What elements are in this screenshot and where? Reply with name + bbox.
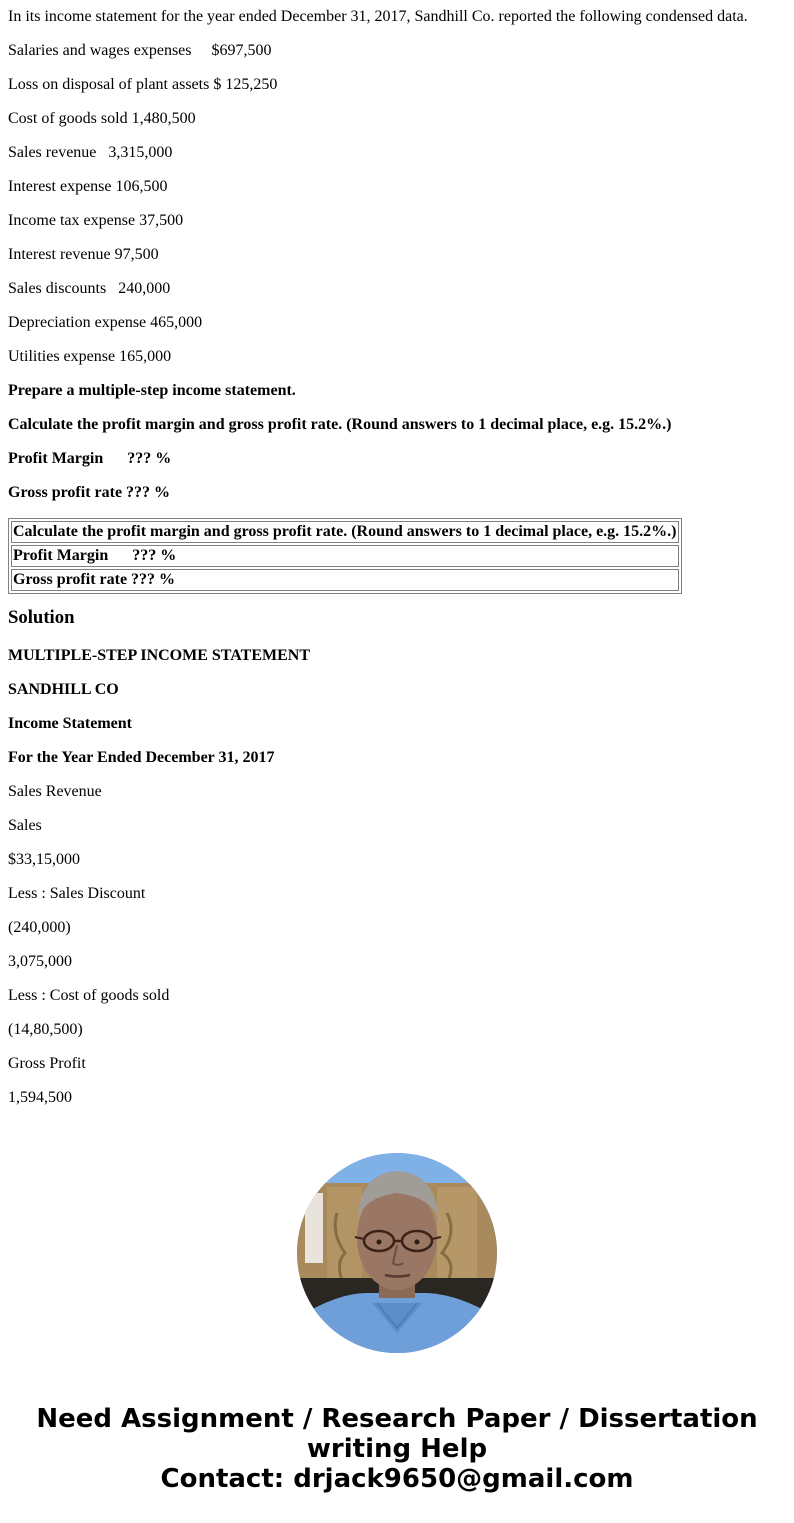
table-row: Gross profit rate ??? %: [11, 569, 679, 591]
data-item-label: Interest revenue: [8, 246, 115, 263]
promo-line-1: Need Assignment / Research Paper / Disse…: [0, 1404, 794, 1434]
data-item-sales-revenue: Sales revenue 3,315,000: [8, 144, 172, 162]
person-photo-icon: [297, 1153, 497, 1353]
data-item-label: Interest expense: [8, 178, 116, 195]
contact-banner: Need Assignment / Research Paper / Disse…: [0, 1404, 794, 1494]
data-item-cogs: Cost of goods sold 1,480,500: [8, 110, 196, 128]
statement-line: Sales: [8, 817, 42, 835]
solution-title: MULTIPLE-STEP INCOME STATEMENT: [8, 647, 310, 665]
data-item-label: Loss on disposal of plant assets: [8, 76, 213, 93]
solution-company: SANDHILL CO: [8, 681, 119, 699]
data-item-sales-discounts: Sales discounts 240,000: [8, 280, 170, 298]
data-item-label: Utilities expense: [8, 348, 119, 365]
statement-line: Less : Cost of goods sold: [8, 987, 169, 1005]
data-item-value: $697,500: [212, 42, 272, 59]
data-item-value: 1,480,500: [132, 110, 196, 127]
data-item-salaries: Salaries and wages expenses $697,500: [8, 42, 272, 60]
table-cell: Profit Margin ??? %: [11, 545, 679, 567]
data-item-loss-on-disposal: Loss on disposal of plant assets $ 125,2…: [8, 76, 277, 94]
solution-period: For the Year Ended December 31, 2017: [8, 749, 274, 767]
data-item-utilities: Utilities expense 165,000: [8, 348, 171, 366]
solution-statement-name: Income Statement: [8, 715, 132, 733]
statement-line: $33,15,000: [8, 851, 80, 869]
table-cell: Calculate the profit margin and gross pr…: [11, 521, 679, 543]
statement-line: (240,000): [8, 919, 71, 937]
data-item-label: Sales discounts: [8, 280, 118, 297]
data-item-label: Sales revenue: [8, 144, 108, 161]
solution-heading: Solution: [8, 607, 74, 628]
table-row: Profit Margin ??? %: [11, 545, 679, 567]
statement-line: Sales Revenue: [8, 783, 102, 801]
data-item-income-tax: Income tax expense 37,500: [8, 212, 183, 230]
data-item-value: 97,500: [115, 246, 159, 263]
promo-line-2: writing Help: [0, 1434, 794, 1464]
data-item-interest-expense: Interest expense 106,500: [8, 178, 168, 196]
profit-margin-line: Profit Margin ??? %: [8, 450, 171, 468]
question-table: Calculate the profit margin and gross pr…: [8, 518, 682, 594]
data-item-value: 37,500: [139, 212, 183, 229]
statement-line: 1,594,500: [8, 1089, 72, 1107]
statement-line: Gross Profit: [8, 1055, 86, 1073]
instruction-prepare: Prepare a multiple-step income statement…: [8, 382, 296, 400]
data-item-label: Salaries and wages expenses: [8, 42, 212, 59]
data-item-value: 165,000: [119, 348, 171, 365]
data-item-value: $ 125,250: [213, 76, 277, 93]
statement-line: Less : Sales Discount: [8, 885, 145, 903]
data-item-label: Income tax expense: [8, 212, 139, 229]
data-item-value: 465,000: [150, 314, 202, 331]
table-cell: Gross profit rate ??? %: [11, 569, 679, 591]
data-item-label: Cost of goods sold: [8, 110, 132, 127]
data-item-value: 106,500: [116, 178, 168, 195]
data-item-interest-revenue: Interest revenue 97,500: [8, 246, 159, 264]
data-item-value: 240,000: [118, 280, 170, 297]
data-item-value: 3,315,000: [108, 144, 172, 161]
table-row: Calculate the profit margin and gross pr…: [11, 521, 679, 543]
problem-intro: In its income statement for the year end…: [8, 8, 748, 26]
data-item-label: Depreciation expense: [8, 314, 150, 331]
tutor-avatar: [297, 1153, 497, 1353]
promo-contact-email[interactable]: Contact: drjack9650@gmail.com: [0, 1464, 794, 1494]
statement-line: 3,075,000: [8, 953, 72, 971]
statement-line: (14,80,500): [8, 1021, 83, 1039]
gross-profit-rate-line: Gross profit rate ??? %: [8, 484, 170, 502]
data-item-depreciation: Depreciation expense 465,000: [8, 314, 202, 332]
instruction-calculate: Calculate the profit margin and gross pr…: [8, 416, 672, 434]
